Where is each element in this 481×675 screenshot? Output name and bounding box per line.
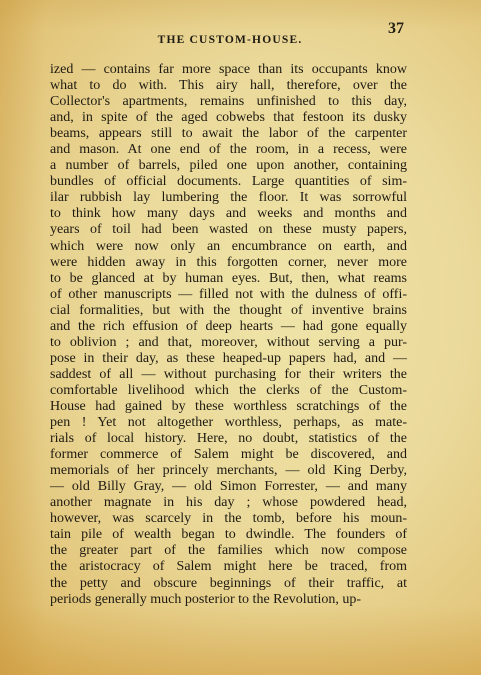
text-line: — old Billy Gray, — old Simon Forrester,… (50, 479, 407, 495)
text-line: saddest of all — without purchasing for … (50, 367, 407, 383)
text-line: ized — contains far more space than its … (50, 62, 407, 78)
text-line: tain pile of wealth began to dwindle. Th… (50, 527, 407, 543)
book-page: THE CUSTOM-HOUSE. 37 ized — contains far… (0, 0, 481, 675)
text-line: comfortable livelihood which the clerks … (50, 383, 407, 399)
text-line: were hidden away in this forgotten corne… (50, 255, 407, 271)
text-line: periods generally much posterior to the … (50, 592, 407, 608)
text-line: and the rich effusion of deep hearts — h… (50, 319, 407, 335)
text-line: the greater part of the families which n… (50, 543, 407, 559)
text-line: to be glanced at by human eyes. But, the… (50, 271, 407, 287)
text-line: years of toil had been wasted on these m… (50, 222, 407, 238)
text-line: to oblivion ; and that, moreover, withou… (50, 335, 407, 351)
text-line: which were now only an encumbrance on ea… (50, 239, 407, 255)
text-line: a number of barrels, piled one upon anot… (50, 158, 407, 174)
text-line: rials of local history. Here, no doubt, … (50, 431, 407, 447)
text-line: pose in their day, as these heaped-up pa… (50, 351, 407, 367)
text-line: however, was scarcely in the tomb, befor… (50, 511, 407, 527)
text-line: what to do with. This airy hall, therefo… (50, 78, 407, 94)
text-line: to think how many days and weeks and mon… (50, 206, 407, 222)
text-line: and, in spite of the aged cobwebs that f… (50, 110, 407, 126)
text-line: cial formalities, but with the thought o… (50, 303, 407, 319)
text-line: another magnate in his day ; whose powde… (50, 495, 407, 511)
text-line: former commerce of Salem might be discov… (50, 447, 407, 463)
text-line: ilar rubbish lay lumbering the floor. It… (50, 190, 407, 206)
page-number: 37 (388, 20, 404, 38)
text-line: the petty and obscure beginnings of thei… (50, 576, 407, 592)
text-line: memorials of her princely merchants, — o… (50, 463, 407, 479)
running-head: THE CUSTOM-HOUSE. (150, 34, 310, 46)
text-line: beams, appears still to await the labor … (50, 126, 407, 142)
text-line: and mason. At one end of the room, in a … (50, 142, 407, 158)
text-line: House had gained by these worthless scra… (50, 399, 407, 415)
text-line: pen ! Yet not altogether worthless, perh… (50, 415, 407, 431)
body-text: ized — contains far more space than its … (50, 62, 407, 608)
text-line: the aristocracy of Salem might here be t… (50, 559, 407, 575)
text-line: Collector's apartments, remains unfinish… (50, 94, 407, 110)
text-line: of other manuscripts — filled not with t… (50, 287, 407, 303)
text-line: bundles of official documents. Large qua… (50, 174, 407, 190)
